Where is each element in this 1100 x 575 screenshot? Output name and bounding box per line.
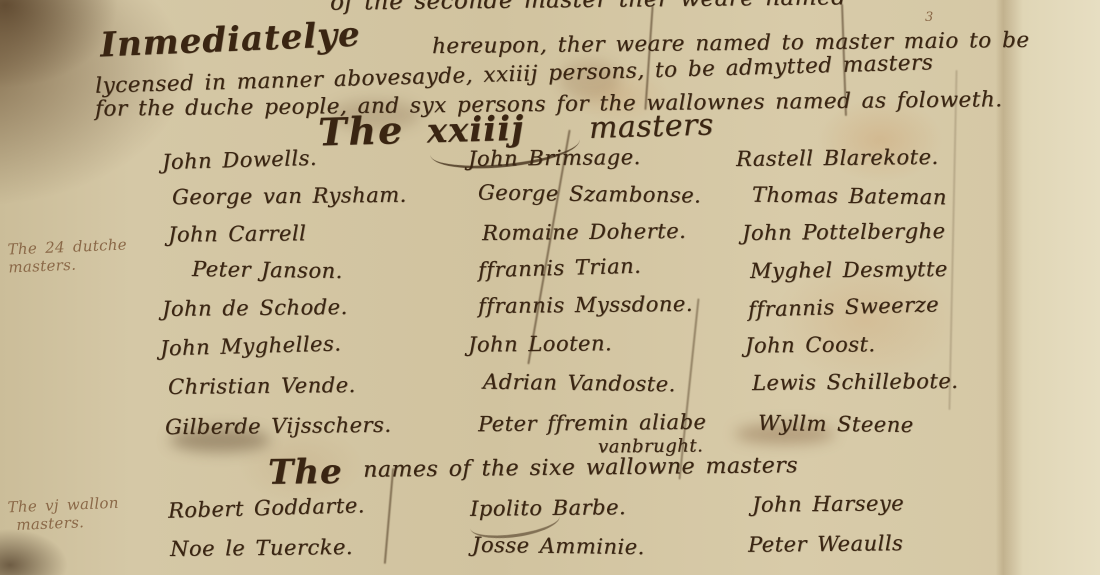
heading-word-masters: masters <box>588 107 714 145</box>
name-entry: Adrian Vandoste. <box>483 370 676 397</box>
margin-note-line: masters. <box>8 254 128 277</box>
heading-word-rest: names of the sixe wallowne masters <box>363 453 798 483</box>
name-entry: Rastell Blarekote. <box>736 145 939 171</box>
name-entry: John Brimsage. <box>468 145 641 171</box>
manuscript-page: { "page": { "kind": "early-modern manusc… <box>0 0 1100 575</box>
name-entry: Ipolito Barbe. <box>470 495 626 521</box>
name-entry: Wyllm Steene <box>758 411 914 437</box>
heading-word-the: The <box>268 452 343 493</box>
name-entry: John Carrell <box>168 221 307 246</box>
name-entry: John de Schode. <box>162 295 348 321</box>
name-entry: Peter Weaulls <box>748 531 903 557</box>
name-entry: Christian Vende. <box>168 373 356 399</box>
name-entry: Peter ffremin aliabe <box>478 410 707 436</box>
manuscript-line-cropped: of the seconde master ther weare named <box>330 0 847 16</box>
name-entry: John Dowells. <box>162 146 318 174</box>
name-entry: Noe le Tuercke. <box>170 535 353 561</box>
name-entry: Lewis Schillebote. <box>752 369 959 395</box>
manuscript-line: hereupon, ther weare named to master mai… <box>432 28 1030 59</box>
name-entry: Josse Amminie. <box>472 533 645 559</box>
name-entry: John Harseye <box>752 491 904 517</box>
name-entry: John Pottelberghe <box>742 219 946 245</box>
name-entry: George van Rysham. <box>172 183 407 209</box>
heading-word-number: xxiiij <box>426 109 525 152</box>
name-entry: ffrannis Trian. <box>478 254 642 283</box>
name-entry: Myghel Desmytte <box>750 257 948 283</box>
superscript-mark: 3 <box>925 10 934 25</box>
heading-wallon-masters: The names of the sixe wallowne masters <box>268 447 798 493</box>
name-entry: Robert Goddarte. <box>168 493 365 522</box>
margin-note-wallon: The vj wallon masters. <box>7 494 120 535</box>
name-entry: Peter Janson. <box>192 257 343 283</box>
name-entry: Gilberde Vijsschers. <box>165 413 392 439</box>
ink-stroke <box>948 70 957 410</box>
name-entry: Thomas Bateman <box>752 183 947 210</box>
name-entry: George Szambonse. <box>478 180 702 207</box>
margin-note-dutch: The 24 dutche masters. <box>7 236 128 277</box>
name-entry: Romaine Doherte. <box>482 219 686 245</box>
heading-word-the: The <box>317 107 404 154</box>
name-entry: John Looten. <box>468 331 612 357</box>
name-entry: John Myghelles. <box>160 331 342 360</box>
name-entry: John Coost. <box>745 332 876 357</box>
margin-note-line: masters. <box>16 512 120 534</box>
manuscript-opening-word: Inmediatelye <box>99 15 361 66</box>
name-entry: ffrannis Myssdone. <box>478 292 693 318</box>
name-entry: ffrannis Sweerze <box>748 292 940 321</box>
